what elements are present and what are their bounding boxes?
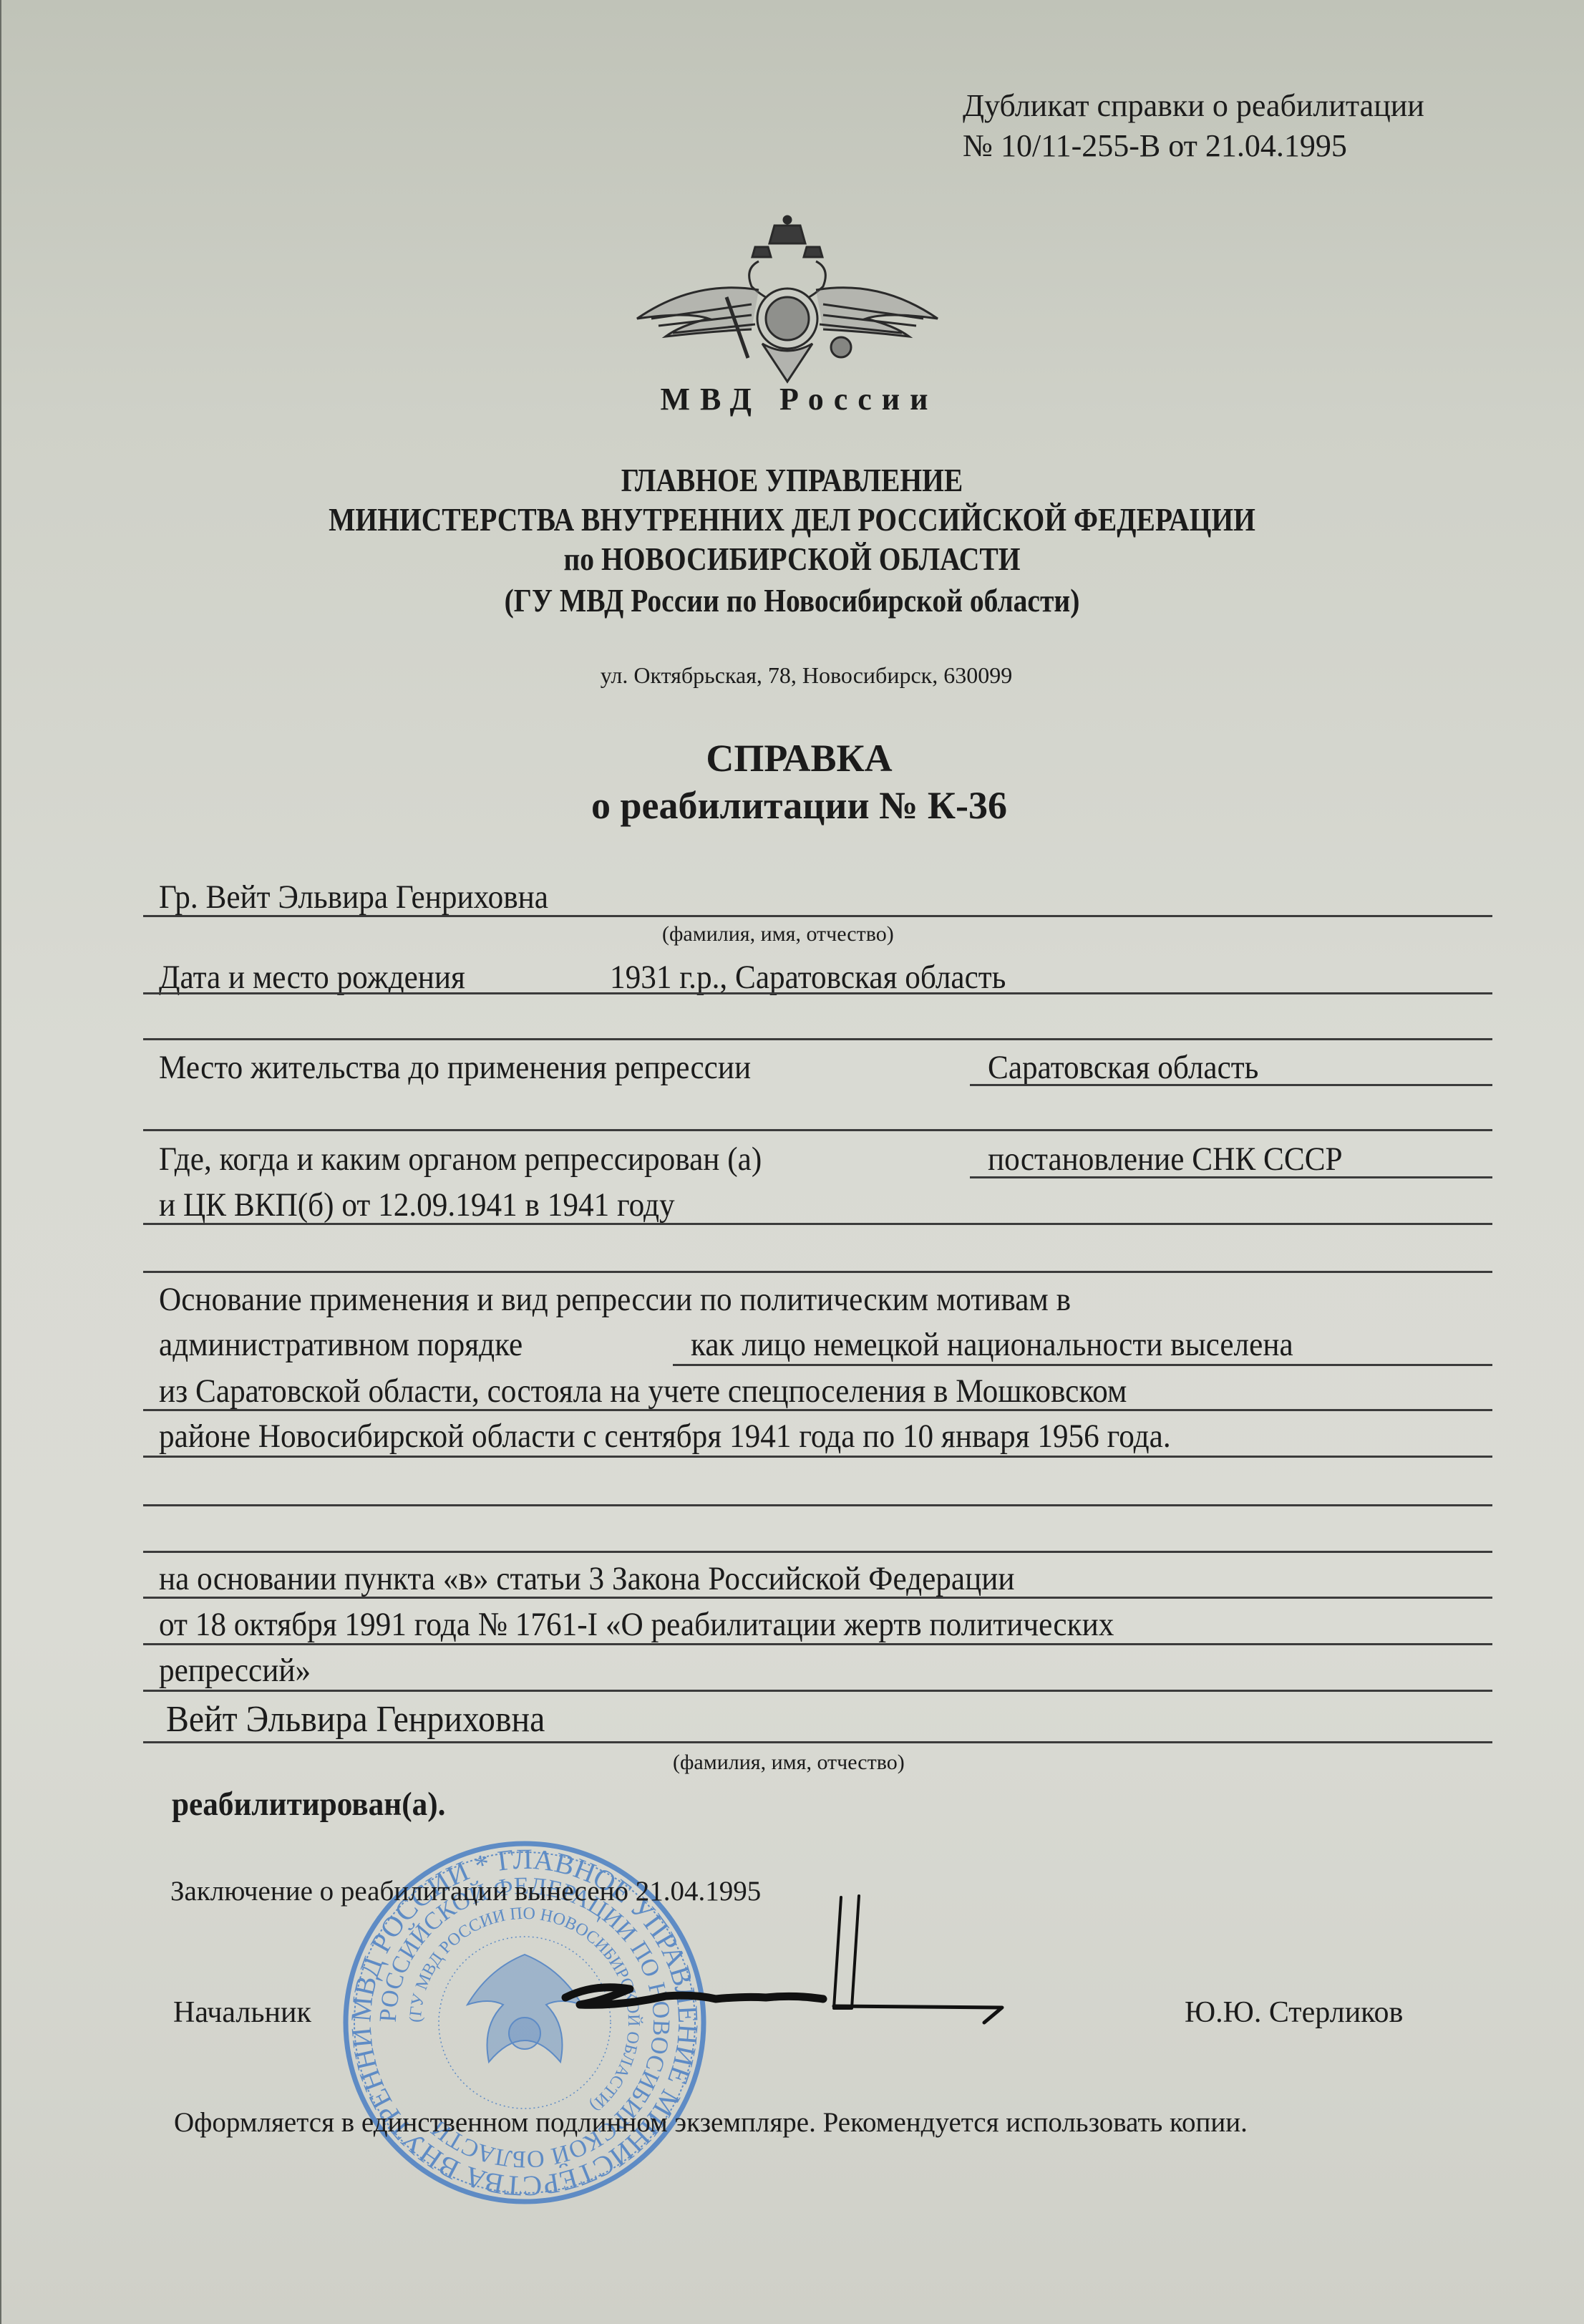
chief-label: Начальник	[173, 1998, 311, 2028]
org-line-2: МИНИСТЕРСТВА ВНУТРЕННИХ ДЕЛ РОССИЙСКОЙ Ф…	[111, 503, 1473, 536]
org-address: ул. Октябрьская, 78, Новосибирск, 630099	[0, 662, 1584, 689]
double-headed-eagle-emblem-icon	[608, 211, 966, 387]
document-subtitle: о реабилитации № К-36	[0, 786, 1584, 825]
org-line-3: по НОВОСИБИРСКОЙ ОБЛАСТИ	[111, 543, 1473, 576]
law-line1: на основании пункта «в» статьи 3 Закона …	[159, 1562, 1015, 1596]
rule-line	[143, 1409, 1492, 1411]
residence-value: Саратовская область	[988, 1051, 1258, 1085]
rule-line	[143, 1038, 1492, 1040]
birth-value: 1931 г.р., Саратовская область	[610, 961, 1006, 994]
rule-line	[143, 1271, 1492, 1273]
basis-value-line2: из Саратовской области, состояла на учет…	[159, 1375, 1127, 1408]
rehab-name-caption: (фамилия, имя, отчество)	[673, 1752, 905, 1773]
citizen-name: Гр. Вейт Эльвира Генриховна	[159, 881, 548, 914]
basis-label-line1: Основание применения и вид репрессии по …	[159, 1283, 1071, 1317]
rule-line	[143, 992, 1492, 994]
org-line-4: (ГУ МВД России по Новосибирской области)	[111, 584, 1473, 617]
rehab-name: Вейт Эльвира Генриховна	[166, 1701, 545, 1738]
paper-edge	[0, 0, 1, 2324]
name-caption: (фамилия, имя, отчество)	[662, 924, 894, 945]
handwritten-signature-icon	[551, 1869, 1031, 2040]
document-title: СПРАВКА	[0, 739, 1584, 778]
rule-line	[143, 1456, 1492, 1458]
basis-value-line3: районе Новосибирской области с сентября …	[159, 1420, 1171, 1453]
mvd-caption: МВД России	[0, 381, 1584, 417]
rule-line	[143, 1551, 1492, 1553]
rule-line	[970, 1084, 1492, 1086]
repressed-value-line2: и ЦК ВКП(б) от 12.09.1941 в 1941 году	[159, 1188, 675, 1222]
birth-label: Дата и место рождения	[159, 961, 465, 994]
rule-line	[143, 1741, 1492, 1743]
chief-name: Ю.Ю. Стерликов	[1185, 1998, 1403, 2028]
rule-line	[143, 1643, 1492, 1645]
rule-line	[143, 1223, 1492, 1225]
rule-line	[143, 1504, 1492, 1506]
rule-line	[143, 1129, 1492, 1131]
rule-line	[143, 1690, 1492, 1692]
residence-label: Место жительства до применения репрессии	[159, 1051, 751, 1085]
law-line3: репрессий»	[159, 1654, 311, 1688]
repressed-value-line1: постановление СНК СССР	[988, 1143, 1343, 1176]
basis-value-line1: как лицо немецкой национальности выселен…	[691, 1328, 1293, 1362]
rule-line	[970, 1176, 1492, 1178]
basis-label-line2: административном порядке	[159, 1328, 523, 1362]
duplicate-note-line2: № 10/11-255-В от 21.04.1995	[963, 130, 1347, 162]
footer-note: Оформляется в единственном подлинном экз…	[174, 2108, 1248, 2136]
rule-line	[143, 1597, 1492, 1599]
rehabilitated-label: реабилитирован(а).	[172, 1788, 445, 1821]
law-line2: от 18 октября 1991 года № 1761-I «О реаб…	[159, 1608, 1114, 1642]
rule-line	[143, 915, 1492, 917]
duplicate-note-line1: Дубликат справки о реабилитации	[963, 90, 1424, 122]
rule-line	[673, 1364, 1492, 1366]
org-line-1: ГЛАВНОЕ УПРАВЛЕНИЕ	[111, 464, 1473, 497]
repressed-label: Где, когда и каким органом репрессирован…	[159, 1143, 762, 1176]
